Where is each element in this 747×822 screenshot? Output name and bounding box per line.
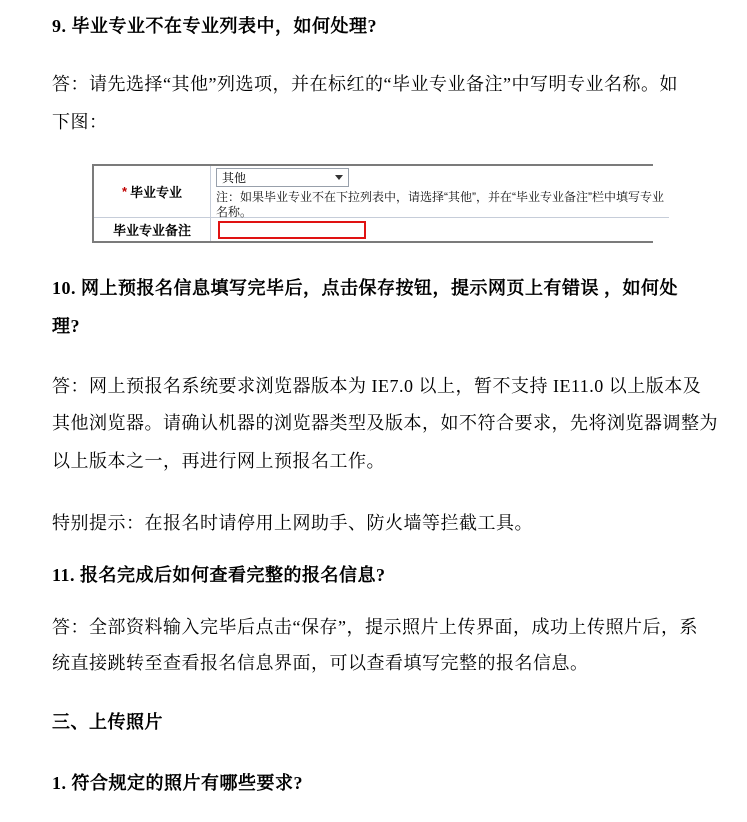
question-10-heading-line-2: 理?	[52, 314, 80, 338]
photo-question-1-heading: 1. 符合规定的照片有哪些要求?	[52, 771, 303, 795]
major-remark-value-cell	[211, 218, 669, 241]
answer-10-line-3: 以上版本之一，再进行网上预报名工作。	[52, 449, 385, 473]
major-dropdown: 其他	[216, 168, 349, 187]
chevron-down-icon	[335, 175, 343, 180]
major-remark-label: 毕业专业备注	[113, 220, 191, 239]
document-page: 9. 毕业专业不在专业列表中，如何处理? 答：请先选择“其他”列选项，并在标红的…	[0, 0, 747, 822]
embedded-form-screenshot: * 毕业专业 其他 注：如果毕业专业不在下拉列表中，请选择“其他”，并在“毕业专…	[92, 164, 653, 243]
section-3-heading: 三、上传照片	[52, 710, 163, 734]
answer-10-line-1: 答：网上预报名系统要求浏览器版本为 IE7.0 以上，暂不支持 IE11.0 以…	[52, 374, 701, 398]
major-field-label-cell: * 毕业专业	[94, 166, 211, 218]
major-remark-label-cell: 毕业专业备注	[94, 218, 211, 241]
special-tip: 特别提示：在报名时请停用上网助手、防火墙等拦截工具。	[52, 511, 533, 535]
major-dropdown-value: 其他	[222, 169, 246, 186]
major-field-label: 毕业专业	[130, 182, 182, 201]
answer-10-line-2: 其他浏览器。请确认机器的浏览器类型及版本，如不符合要求，先将浏览器调整为	[52, 411, 718, 435]
major-field-value-cell: 其他 注：如果毕业专业不在下拉列表中，请选择“其他”，并在“毕业专业备注”栏中填…	[211, 166, 669, 218]
question-11-heading: 11. 报名完成后如何查看完整的报名信息?	[52, 563, 386, 587]
answer-9-line-1: 答：请先选择“其他”列选项，并在标红的“毕业专业备注”中写明专业名称。如	[52, 72, 678, 96]
major-remark-input-highlighted	[218, 221, 366, 239]
major-note-line-1: 注：如果毕业专业不在下拉列表中，请选择“其他”，并在“毕业专业备注”栏中填写专业	[216, 190, 664, 205]
answer-11-line-2: 统直接跳转至查看报名信息界面，可以查看填写完整的报名信息。	[52, 651, 589, 675]
answer-11-line-1: 答：全部资料输入完毕后点击“保存”，提示照片上传界面，成功上传照片后，系	[52, 615, 698, 639]
question-9-heading: 9. 毕业专业不在专业列表中，如何处理?	[52, 14, 377, 38]
answer-9-line-2: 下图：	[52, 110, 108, 134]
required-asterisk: *	[122, 184, 127, 199]
question-10-heading-line-1: 10. 网上预报名信息填写完毕后，点击保存按钮，提示网页上有错误 ，如何处	[52, 276, 678, 300]
